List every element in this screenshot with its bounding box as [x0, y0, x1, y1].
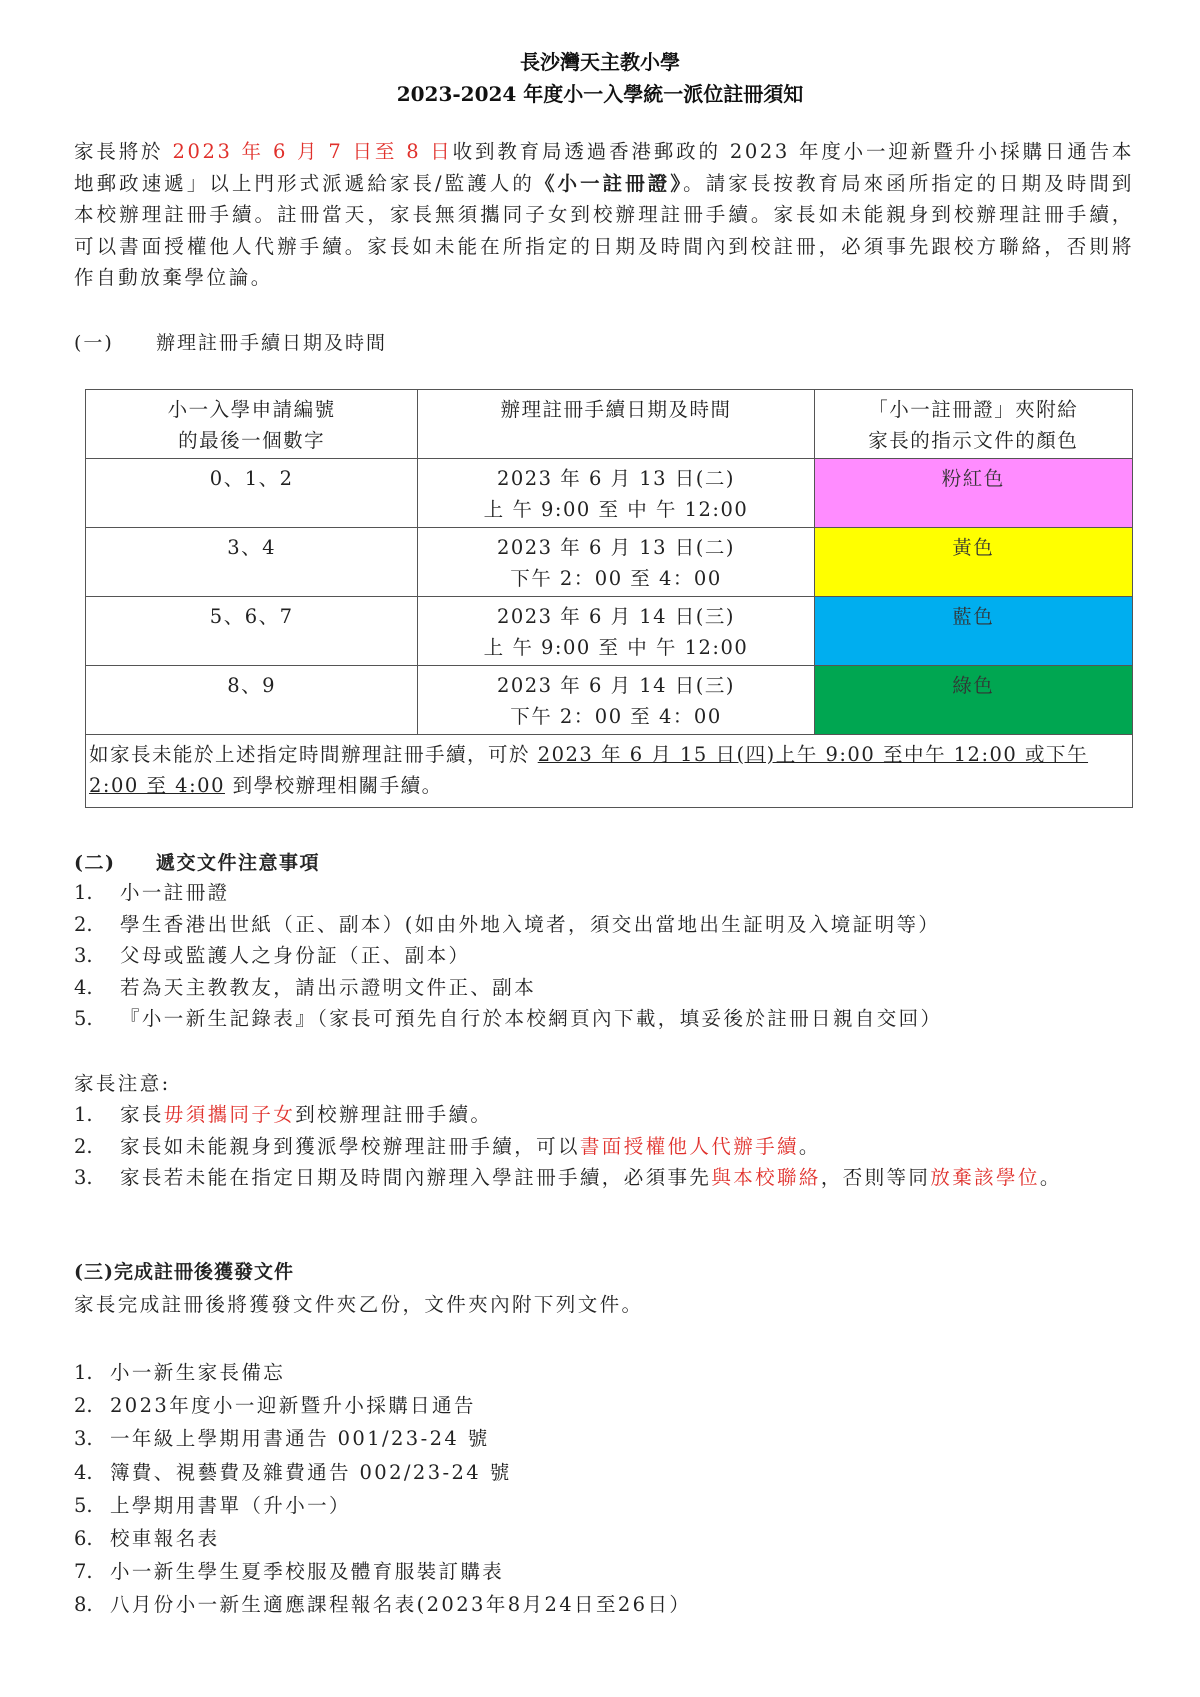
- color-label: 藍色: [952, 605, 994, 628]
- header-text: 辦理註冊手續日期及時間: [422, 394, 809, 425]
- required-documents-list: 1.小一註冊證 2.學生香港出世紙（正、副本）(如由外地入境者，須交出當地出生証…: [74, 877, 942, 1035]
- digits-cell: 0、1、2: [86, 459, 418, 528]
- date-text: 2023 年 6 月 13 日(二): [422, 532, 809, 563]
- table-note-row: 如家長未能於上述指定時間辦理註冊手續，可於 2023 年 6 月 15 日(四)…: [86, 735, 1133, 808]
- item-number: 5.: [74, 1003, 120, 1035]
- item-text: 小一新生家長備忘: [110, 1356, 285, 1389]
- late-registration-note: 如家長未能於上述指定時間辦理註冊手續，可於 2023 年 6 月 15 日(四)…: [86, 735, 1133, 808]
- section-2-heading: (二)遞交文件注意事項: [74, 848, 320, 875]
- header-cell-digits: 小一入學申請編號 的最後一個數字: [86, 390, 418, 459]
- item-text: 校車報名表: [110, 1522, 220, 1555]
- table-row: 5、6、7 2023 年 6 月 14 日(三) 上 午 9:00 至 中 午 …: [86, 597, 1133, 666]
- section-title: 遞交文件注意事項: [156, 852, 320, 874]
- text-segment: 到校辦理註冊手續。: [295, 1103, 492, 1126]
- section-3-description: 家長完成註冊後將獲發文件夾乙份，文件夾內附下列文件。: [74, 1289, 643, 1317]
- color-label: 粉紅色: [942, 467, 1005, 490]
- document-title: 2023-2024 年度小一入學統一派位註冊須知: [0, 78, 1200, 107]
- datetime-cell: 2023 年 6 月 14 日(三) 下午 2：00 至 4：00: [418, 666, 814, 735]
- received-documents-list: 1.小一新生家長備忘 2.2023年度小一迎新暨升小採購日通告 3.一年級上學期…: [74, 1356, 691, 1622]
- intro-paragraph: 家長將於 2023 年 6 月 7 日至 8 日收到教育局透過香港郵政的 202…: [74, 136, 1134, 294]
- item-number: 4.: [74, 972, 120, 1004]
- list-item: 8.八月份小一新生適應課程報名表(2023年8月24日至26日）: [74, 1588, 691, 1621]
- time-text: 下午 2：00 至 4：00: [422, 563, 809, 594]
- header-text: 家長的指示文件的顏色: [819, 425, 1128, 456]
- digits-cell: 3、4: [86, 528, 418, 597]
- item-text: 家長若未能在指定日期及時間內辦理入學註冊手續，必須事先與本校聯絡，否則等同放棄該…: [120, 1162, 1062, 1194]
- item-text: 簿費、視藝費及雜費通告 002/23-24 號: [110, 1456, 512, 1489]
- date-text: 2023 年 6 月 13 日(二): [422, 463, 809, 494]
- date-text: 2023 年 6 月 14 日(三): [422, 601, 809, 632]
- list-item: 3. 家長若未能在指定日期及時間內辦理入學註冊手續，必須事先與本校聯絡，否則等同…: [74, 1162, 1134, 1194]
- item-number: 1.: [74, 1356, 110, 1389]
- note-text: 到學校辦理相關手續。: [225, 774, 443, 797]
- datetime-cell: 2023 年 6 月 14 日(三) 上 午 9:00 至 中 午 12:00: [418, 597, 814, 666]
- item-text: 家長如未能親身到獲派學校辦理註冊手續，可以書面授權他人代辦手續。: [120, 1131, 821, 1163]
- text-segment: 。: [799, 1135, 821, 1158]
- section-title: 完成註冊後獲發文件: [114, 1261, 294, 1283]
- item-text: 父母或監護人之身份証（正、副本）: [120, 940, 470, 972]
- text-segment: ，否則等同: [821, 1166, 931, 1189]
- item-text: 小一新生學生夏季校服及體育服裝訂購表: [110, 1555, 504, 1588]
- header-cell-datetime: 辦理註冊手續日期及時間: [418, 390, 814, 459]
- registration-schedule-table: 小一入學申請編號 的最後一個數字 辦理註冊手續日期及時間 「小一註冊證」夾附給 …: [85, 389, 1133, 808]
- color-cell-blue: 藍色: [814, 597, 1132, 666]
- color-cell-pink: 粉紅色: [814, 459, 1132, 528]
- section-3-heading: (三)完成註冊後獲發文件: [74, 1257, 294, 1284]
- datetime-cell: 2023 年 6 月 13 日(二) 上 午 9:00 至 中 午 12:00: [418, 459, 814, 528]
- header-text: 小一入學申請編號: [90, 394, 413, 425]
- item-number: 4.: [74, 1456, 110, 1489]
- list-item: 4.若為天主教教友，請出示證明文件正、副本: [74, 972, 942, 1004]
- datetime-cell: 2023 年 6 月 13 日(二) 下午 2：00 至 4：00: [418, 528, 814, 597]
- text-segment: 家長如未能親身到獲派學校辦理註冊手續，可以: [120, 1135, 580, 1158]
- item-text: 小一註冊證: [120, 877, 230, 909]
- time-text: 上 午 9:00 至 中 午 12:00: [422, 632, 809, 663]
- highlight-segment: 放棄該學位: [930, 1166, 1040, 1189]
- digits-cell: 8、9: [86, 666, 418, 735]
- item-number: 3.: [74, 1162, 120, 1194]
- item-number: 1.: [74, 1099, 120, 1131]
- list-item: 2.學生香港出世紙（正、副本）(如由外地入境者，須交出當地出生証明及入境証明等）: [74, 909, 942, 941]
- section-title: 辦理註冊手續日期及時間: [156, 332, 387, 354]
- item-text: 家長毋須攜同子女到校辦理註冊手續。: [120, 1099, 492, 1131]
- item-number: 2.: [74, 1131, 120, 1163]
- item-text: 上學期用書單（升小一）: [110, 1489, 351, 1522]
- table-row: 0、1、2 2023 年 6 月 13 日(二) 上 午 9:00 至 中 午 …: [86, 459, 1133, 528]
- item-text: 八月份小一新生適應課程報名表(2023年8月24日至26日）: [110, 1588, 691, 1621]
- highlight-segment: 毋須攜同子女: [164, 1103, 295, 1126]
- list-item: 7.小一新生學生夏季校服及體育服裝訂購表: [74, 1555, 691, 1588]
- item-number: 7.: [74, 1555, 110, 1588]
- text-segment: 。: [1040, 1166, 1062, 1189]
- item-number: 3.: [74, 1422, 110, 1455]
- list-item: 6.校車報名表: [74, 1522, 691, 1555]
- color-cell-yellow: 黃色: [814, 528, 1132, 597]
- list-item: 1.小一註冊證: [74, 877, 942, 909]
- header-text: 的最後一個數字: [90, 425, 413, 456]
- list-item: 2.2023年度小一迎新暨升小採購日通告: [74, 1389, 691, 1422]
- digits-cell: 5、6、7: [86, 597, 418, 666]
- list-item: 3.一年級上學期用書通告 001/23-24 號: [74, 1422, 691, 1455]
- item-number: 3.: [74, 940, 120, 972]
- highlight-segment: 與本校聯絡: [711, 1166, 821, 1189]
- note-text: 如家長未能於上述指定時間辦理註冊手續，可於: [89, 743, 538, 766]
- list-item: 4.簿費、視藝費及雜費通告 002/23-24 號: [74, 1456, 691, 1489]
- date-text: 2023 年 6 月 14 日(三): [422, 670, 809, 701]
- school-name: 長沙灣天主教小學: [0, 46, 1200, 75]
- section-number: (一): [74, 328, 156, 355]
- item-number: 8.: [74, 1588, 110, 1621]
- list-item: 2. 家長如未能親身到獲派學校辦理註冊手續，可以書面授權他人代辦手續。: [74, 1131, 1134, 1163]
- list-item: 1. 家長毋須攜同子女到校辦理註冊手續。: [74, 1099, 1134, 1131]
- item-number: 2.: [74, 909, 120, 941]
- item-text: 一年級上學期用書通告 001/23-24 號: [110, 1422, 490, 1455]
- item-number: 5.: [74, 1489, 110, 1522]
- table-row: 3、4 2023 年 6 月 13 日(二) 下午 2：00 至 4：00 黃色: [86, 528, 1133, 597]
- header-text: 「小一註冊證」夾附給: [819, 394, 1128, 425]
- intro-text: 家長將於: [74, 140, 172, 163]
- list-item: 5.『小一新生記錄表』（家長可預先自行於本校網頁內下載，填妥後於註冊日親自交回）: [74, 1003, 942, 1035]
- section-number: (三): [74, 1261, 114, 1283]
- section-number: (二): [74, 848, 156, 875]
- list-item: 3.父母或監護人之身份証（正、副本）: [74, 940, 942, 972]
- section-1-heading: (一)辦理註冊手續日期及時間: [74, 328, 387, 355]
- item-number: 6.: [74, 1522, 110, 1555]
- item-number: 1.: [74, 877, 120, 909]
- list-item: 5.上學期用書單（升小一）: [74, 1489, 691, 1522]
- time-text: 上 午 9:00 至 中 午 12:00: [422, 494, 809, 525]
- item-text: 2023年度小一迎新暨升小採購日通告: [110, 1389, 476, 1422]
- item-number: 2.: [74, 1389, 110, 1422]
- time-text: 下午 2：00 至 4：00: [422, 701, 809, 732]
- item-text: 『小一新生記錄表』（家長可預先自行於本校網頁內下載，填妥後於註冊日親自交回）: [120, 1003, 942, 1035]
- list-item: 1.小一新生家長備忘: [74, 1356, 691, 1389]
- text-segment: 家長若未能在指定日期及時間內辦理入學註冊手續，必須事先: [120, 1166, 711, 1189]
- parent-notice-label: 家長注意:: [74, 1068, 171, 1096]
- color-label: 黃色: [952, 536, 994, 559]
- color-cell-green: 綠色: [814, 666, 1132, 735]
- document-page: 長沙灣天主教小學 2023-2024 年度小一入學統一派位註冊須知 家長將於 2…: [0, 0, 1200, 1697]
- intro-date-highlight: 2023 年 6 月 7 日至 8 日: [172, 140, 452, 163]
- table-row: 8、9 2023 年 6 月 14 日(三) 下午 2：00 至 4：00 綠色: [86, 666, 1133, 735]
- header-cell-color: 「小一註冊證」夾附給 家長的指示文件的顏色: [814, 390, 1132, 459]
- item-text: 學生香港出世紙（正、副本）(如由外地入境者，須交出當地出生証明及入境証明等）: [120, 909, 940, 941]
- item-text: 若為天主教教友，請出示證明文件正、副本: [120, 972, 536, 1004]
- highlight-segment: 書面授權他人代辦手續: [580, 1135, 799, 1158]
- parent-notice-list: 1. 家長毋須攜同子女到校辦理註冊手續。 2. 家長如未能親身到獲派學校辦理註冊…: [74, 1099, 1134, 1194]
- text-segment: 家長: [120, 1103, 164, 1126]
- table-header-row: 小一入學申請編號 的最後一個數字 辦理註冊手續日期及時間 「小一註冊證」夾附給 …: [86, 390, 1133, 459]
- registration-card-name: 《小一註冊證》: [535, 172, 683, 195]
- color-label: 綠色: [952, 674, 994, 697]
